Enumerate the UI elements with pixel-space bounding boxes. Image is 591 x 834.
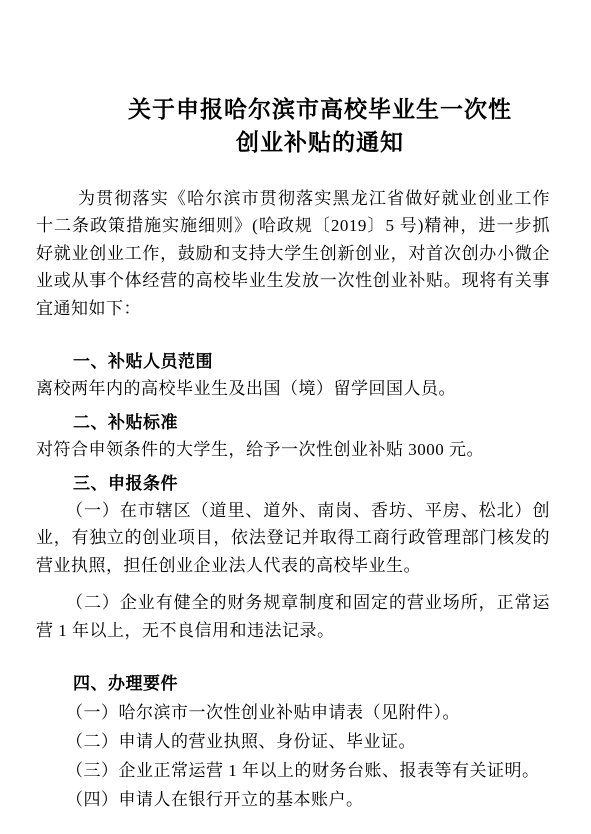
intro-paragraph: 为贯彻落实《哈尔滨市贯彻落实黑龙江省做好就业创业工作十二条政策措施实施细则》(哈… <box>36 185 550 322</box>
section-4-item-3: （三）企业正常运营 1 年以上的财务台账、报表等有关证明。 <box>36 757 550 784</box>
section-2-heading: 二、补贴标准 <box>36 409 550 436</box>
section-1-heading: 一、补贴人员范围 <box>36 348 550 375</box>
document-title: 关于申报哈尔滨市高校毕业生一次性 创业补贴的通知 <box>36 93 550 159</box>
section-2-paragraph: 对符合申领条件的大学生，给予一次性创业补贴 3000 元。 <box>36 436 550 463</box>
section-4-item-1: （一）哈尔滨市一次性创业补贴申请表（见附件）。 <box>36 699 550 726</box>
section-3-heading: 三、申报条件 <box>36 470 550 497</box>
section-3-item-2: （二）企业有健全的财务规章制度和固定的营业场所，正常运营 1 年以上，无不良信用… <box>36 589 550 644</box>
title-line-2: 创业补贴的通知 <box>90 126 550 159</box>
section-3-item-1: （一）在市辖区（道里、道外、南岗、香坊、平房、松北）创业，有独立的创业项目，依法… <box>36 497 550 579</box>
section-4-item-4: （四）申请人在银行开立的基本账户。 <box>36 786 550 813</box>
section-4-heading: 四、办理要件 <box>36 670 550 697</box>
document-page: 关于申报哈尔滨市高校毕业生一次性 创业补贴的通知 为贯彻落实《哈尔滨市贯彻落实黑… <box>0 0 591 834</box>
title-line-1: 关于申报哈尔滨市高校毕业生一次性 <box>90 93 550 126</box>
section-4-item-2: （二）申请人的营业执照、身份证、毕业证。 <box>36 728 550 755</box>
section-1-paragraph: 离校两年内的高校毕业生及出国（境）留学回国人员。 <box>36 375 550 402</box>
notice-document: 关于申报哈尔滨市高校毕业生一次性 创业补贴的通知 为贯彻落实《哈尔滨市贯彻落实黑… <box>0 0 591 813</box>
